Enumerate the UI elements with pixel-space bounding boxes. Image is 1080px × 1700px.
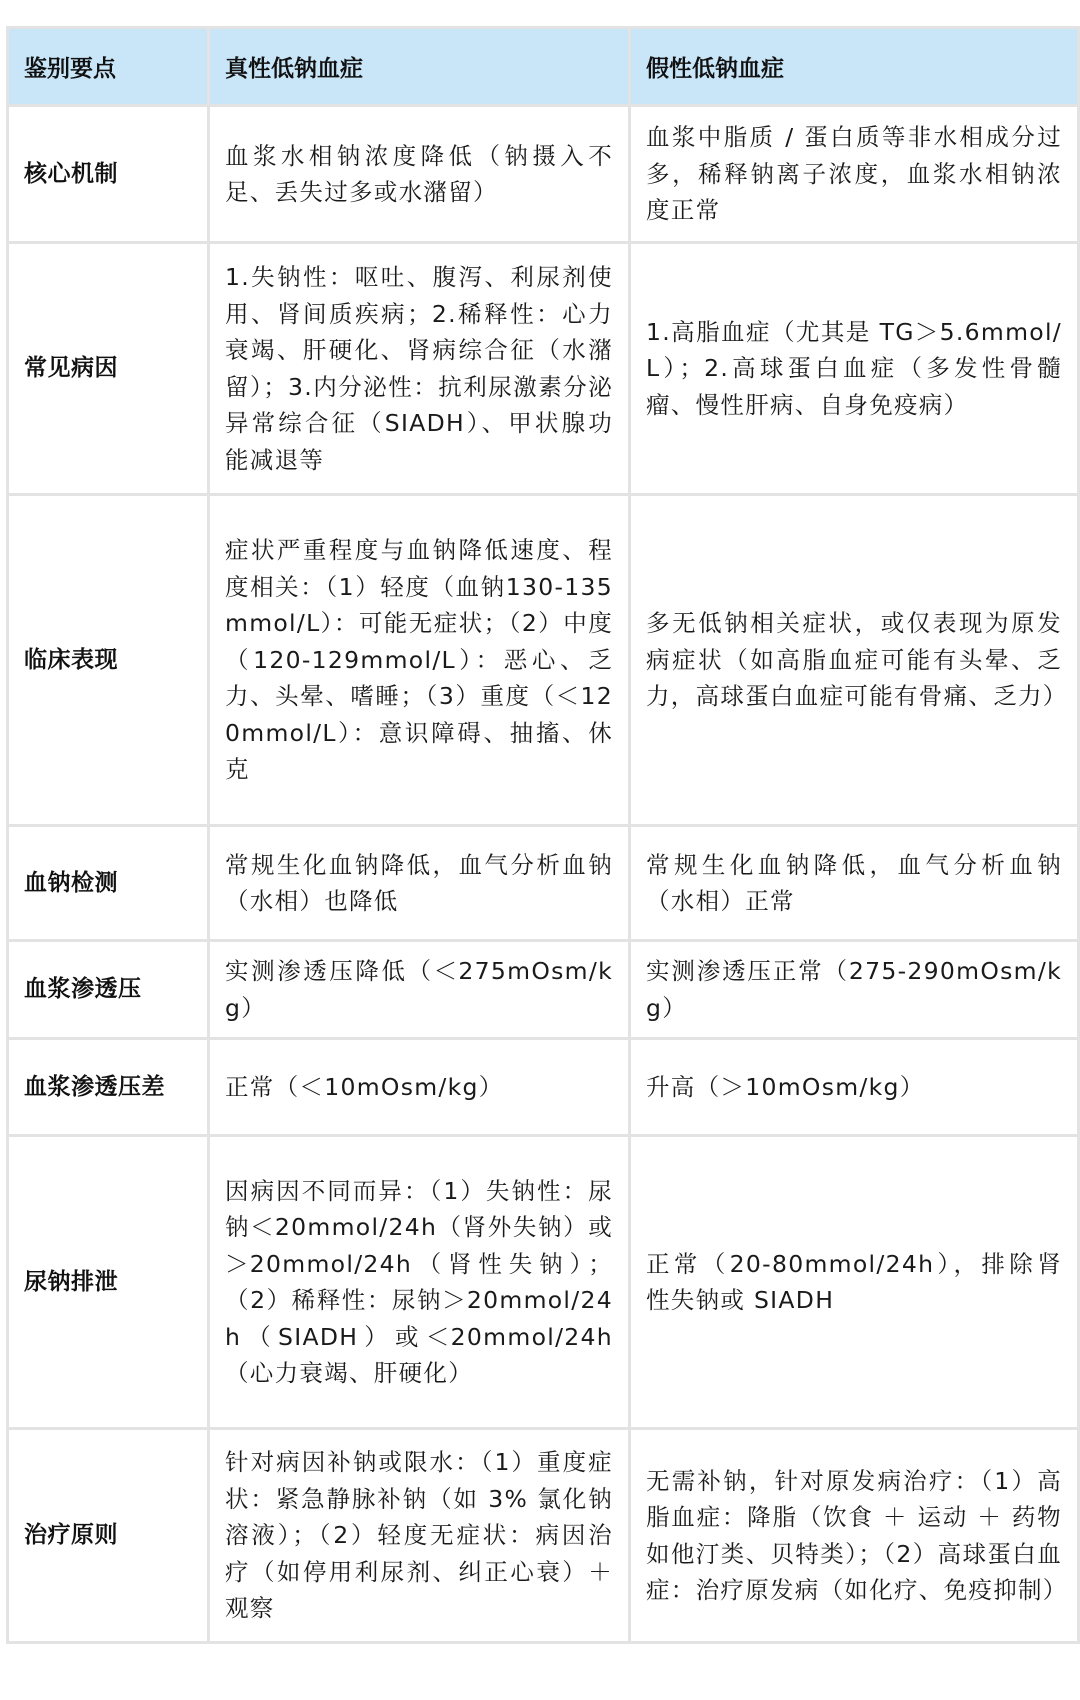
row-key: 血浆渗透压差	[8, 1039, 209, 1136]
pseudo-hyponatremia-cell: 血浆中脂质 / 蛋白质等非水相成分过多，稀释钠离子浓度，血浆水相钠浓度正常	[630, 106, 1079, 243]
table-row: 临床表现 症状严重程度与血钠降低速度、程度相关：（1）轻度（血钠130-135m…	[8, 495, 1079, 826]
true-hyponatremia-cell: 血浆水相钠浓度降低（钠摄入不足、丢失过多或水潴留）	[209, 106, 630, 243]
row-key: 常见病因	[8, 243, 209, 495]
table-row: 尿钠排泄 因病因不同而异：（1）失钠性：尿钠＜20mmol/24h（肾外失钠）或…	[8, 1136, 1079, 1429]
header-row: 鉴别要点 真性低钠血症 假性低钠血症	[8, 28, 1079, 106]
header-pseudo-hyponatremia: 假性低钠血症	[630, 28, 1079, 106]
true-hyponatremia-cell: 实测渗透压降低（＜275mOsm/kg）	[209, 941, 630, 1039]
true-hyponatremia-cell: 症状严重程度与血钠降低速度、程度相关：（1）轻度（血钠130-135mmol/L…	[209, 495, 630, 826]
table-body: 核心机制 血浆水相钠浓度降低（钠摄入不足、丢失过多或水潴留） 血浆中脂质 / 蛋…	[8, 106, 1079, 1643]
true-hyponatremia-cell: 常规生化血钠降低，血气分析血钠（水相）也降低	[209, 826, 630, 941]
row-key: 尿钠排泄	[8, 1136, 209, 1429]
row-key: 临床表现	[8, 495, 209, 826]
table-row: 核心机制 血浆水相钠浓度降低（钠摄入不足、丢失过多或水潴留） 血浆中脂质 / 蛋…	[8, 106, 1079, 243]
pseudo-hyponatremia-cell: 实测渗透压正常（275-290mOsm/kg）	[630, 941, 1079, 1039]
header-key: 鉴别要点	[8, 28, 209, 106]
table-row: 治疗原则 针对病因补钠或限水：（1）重度症状：紧急静脉补钠（如 3% 氯化钠溶液…	[8, 1429, 1079, 1643]
row-key: 血浆渗透压	[8, 941, 209, 1039]
true-hyponatremia-cell: 针对病因补钠或限水：（1）重度症状：紧急静脉补钠（如 3% 氯化钠溶液）；（2）…	[209, 1429, 630, 1643]
row-key: 治疗原则	[8, 1429, 209, 1643]
pseudo-hyponatremia-cell: 升高（＞10mOsm/kg）	[630, 1039, 1079, 1136]
true-hyponatremia-cell: 1.失钠性：呕吐、腹泻、利尿剂使用、肾间质疾病；2.稀释性：心力衰竭、肝硬化、肾…	[209, 243, 630, 495]
true-hyponatremia-cell: 因病因不同而异：（1）失钠性：尿钠＜20mmol/24h（肾外失钠）或＞20mm…	[209, 1136, 630, 1429]
true-hyponatremia-cell: 正常（＜10mOsm/kg）	[209, 1039, 630, 1136]
pseudo-hyponatremia-cell: 正常（20-80mmol/24h），排除肾性失钠或 SIADH	[630, 1136, 1079, 1429]
pseudo-hyponatremia-cell: 1.高脂血症（尤其是 TG＞5.6mmol/L）；2.高球蛋白血症（多发性骨髓瘤…	[630, 243, 1079, 495]
comparison-table: 鉴别要点 真性低钠血症 假性低钠血症 核心机制 血浆水相钠浓度降低（钠摄入不足、…	[6, 26, 1080, 1644]
row-key: 血钠检测	[8, 826, 209, 941]
pseudo-hyponatremia-cell: 无需补钠，针对原发病治疗：（1）高脂血症：降脂（饮食 ＋ 运动 ＋ 药物如他汀类…	[630, 1429, 1079, 1643]
row-key: 核心机制	[8, 106, 209, 243]
table-row: 血钠检测 常规生化血钠降低，血气分析血钠（水相）也降低 常规生化血钠降低，血气分…	[8, 826, 1079, 941]
table-row: 血浆渗透压差 正常（＜10mOsm/kg） 升高（＞10mOsm/kg）	[8, 1039, 1079, 1136]
header-true-hyponatremia: 真性低钠血症	[209, 28, 630, 106]
table-header: 鉴别要点 真性低钠血症 假性低钠血症	[8, 28, 1079, 106]
table-row: 血浆渗透压 实测渗透压降低（＜275mOsm/kg） 实测渗透压正常（275-2…	[8, 941, 1079, 1039]
pseudo-hyponatremia-cell: 常规生化血钠降低，血气分析血钠（水相）正常	[630, 826, 1079, 941]
pseudo-hyponatremia-cell: 多无低钠相关症状，或仅表现为原发病症状（如高脂血症可能有头晕、乏力，高球蛋白血症…	[630, 495, 1079, 826]
table-row: 常见病因 1.失钠性：呕吐、腹泻、利尿剂使用、肾间质疾病；2.稀释性：心力衰竭、…	[8, 243, 1079, 495]
